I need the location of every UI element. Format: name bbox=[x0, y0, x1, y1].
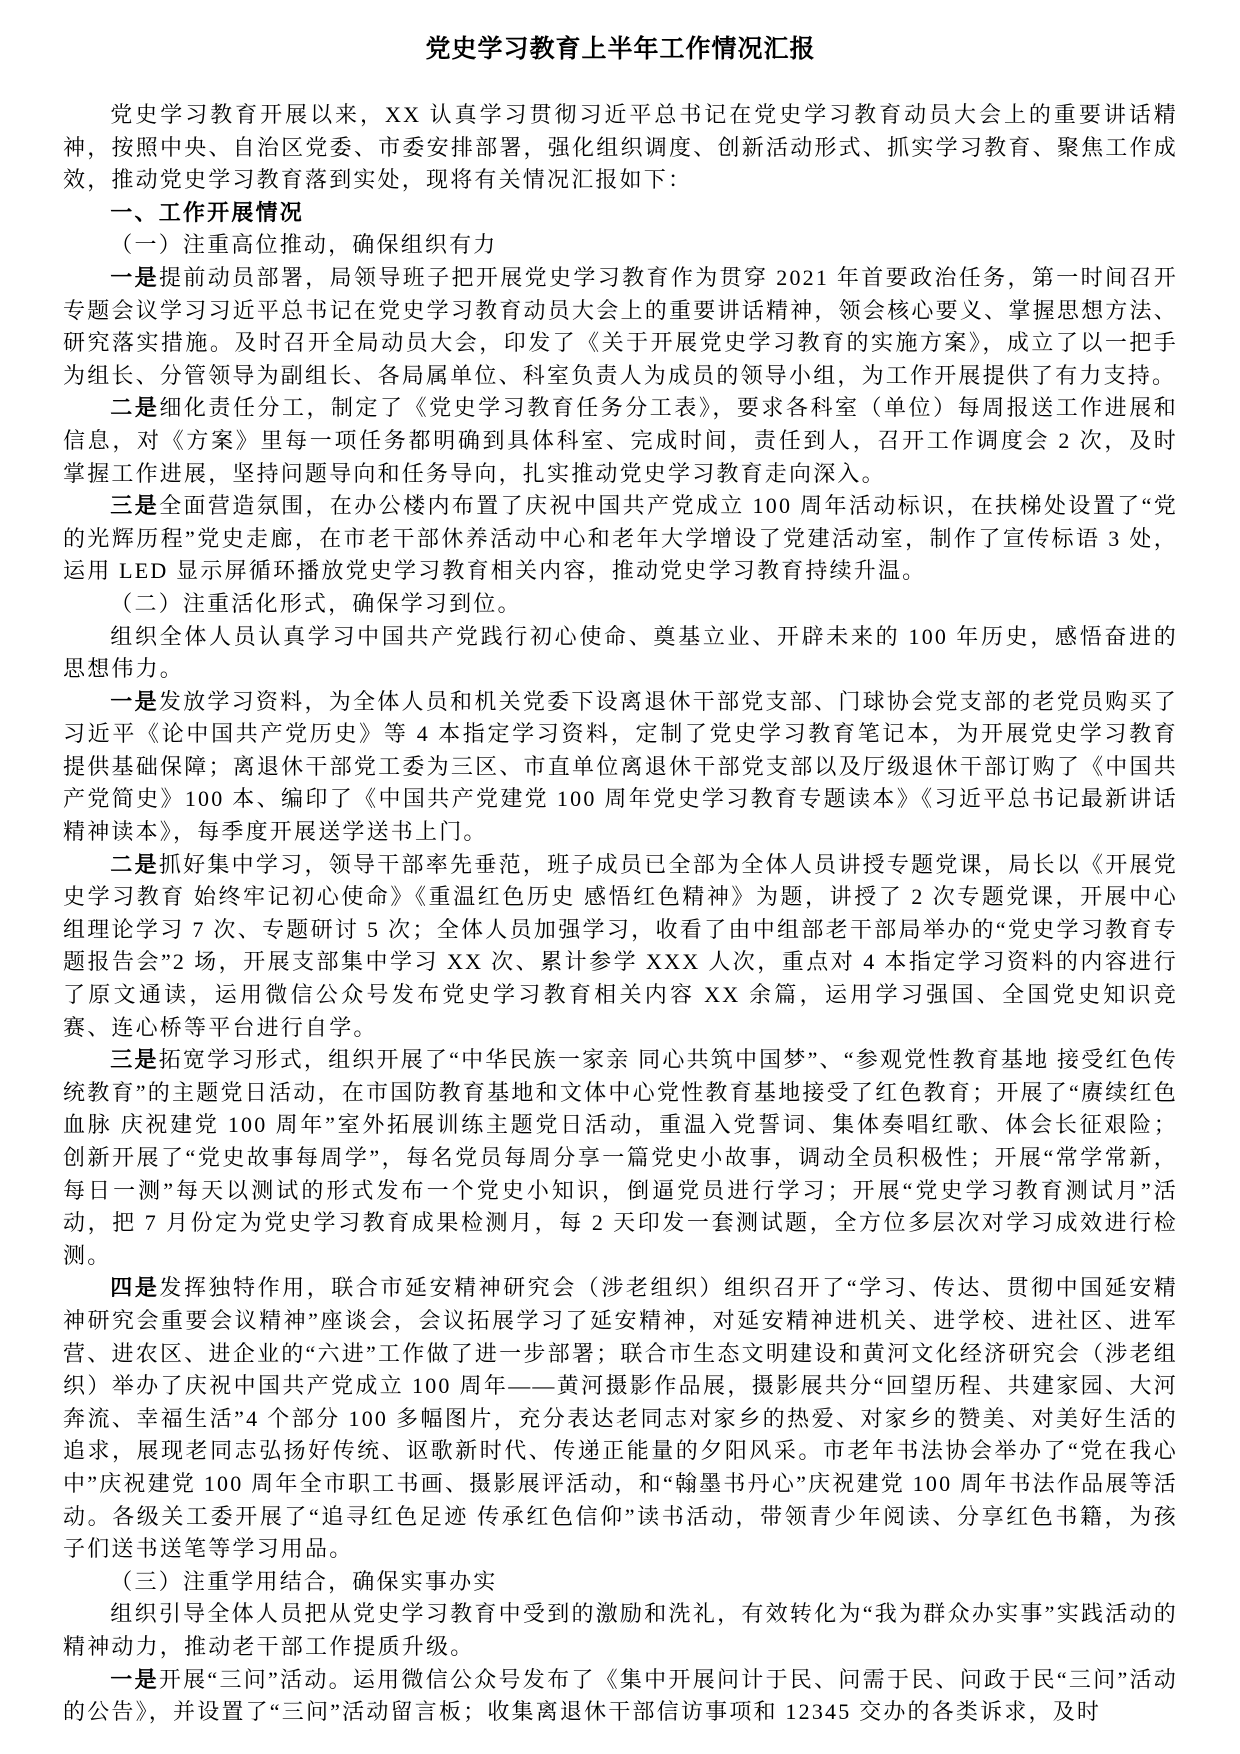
paragraph-lead: 一是 bbox=[110, 1667, 159, 1692]
section-heading: 一、工作开展情况 bbox=[63, 197, 1178, 230]
paragraph: 三是拓宽学习形式，组织开展了“中华民族一家亲 同心共筑中国梦”、“参观党性教育基… bbox=[63, 1044, 1178, 1272]
paragraph-text: （二）注重活化形式，确保学习到位。 bbox=[110, 591, 521, 616]
paragraph-text: 抓好集中学习，领导干部率先垂范，班子成员已全部为全体人员讲授专题党课，局长以《开… bbox=[63, 852, 1178, 1040]
sub-heading: （三）注重学用结合，确保实事办实 bbox=[63, 1566, 1178, 1599]
paragraph-text: 组织全体人员认真学习中国共产党践行初心使命、奠基立业、开辟未来的 100 年历史… bbox=[63, 624, 1178, 682]
paragraph-text: 发放学习资料，为全体人员和机关党委下设离退休干部党支部、门球协会党支部的老党员购… bbox=[63, 689, 1178, 844]
paragraph: 二是抓好集中学习，领导干部率先垂范，班子成员已全部为全体人员讲授专题党课，局长以… bbox=[63, 849, 1178, 1045]
paragraph-text: （三）注重学用结合，确保实事办实 bbox=[110, 1569, 497, 1594]
document-page: 党史学习教育上半年工作情况汇报 党史学习教育开展以来，XX 认真学习贯彻习近平总… bbox=[0, 0, 1240, 1754]
paragraph-text: 组织引导全体人员把从党史学习教育中受到的激励和洗礼，有效转化为“我为群众办实事”… bbox=[63, 1601, 1178, 1659]
paragraph: 一是发放学习资料，为全体人员和机关党委下设离退休干部党支部、门球协会党支部的老党… bbox=[63, 686, 1178, 849]
paragraph-text: 一、工作开展情况 bbox=[110, 200, 304, 225]
paragraph: 一是提前动员部署，局领导班子把开展党史学习教育作为贯穿 2021 年首要政治任务… bbox=[63, 262, 1178, 392]
paragraph: 组织引导全体人员把从党史学习教育中受到的激励和洗礼，有效转化为“我为群众办实事”… bbox=[63, 1598, 1178, 1663]
paragraph-lead: 二是 bbox=[110, 395, 159, 420]
paragraph-text: （一）注重高位推动，确保组织有力 bbox=[110, 232, 497, 257]
paragraph-text: 全面营造氛围，在办公楼内布置了庆祝中国共产党成立 100 周年活动标识，在扶梯处… bbox=[63, 493, 1178, 583]
paragraph: 组织全体人员认真学习中国共产党践行初心使命、奠基立业、开辟未来的 100 年历史… bbox=[63, 621, 1178, 686]
paragraph: 二是细化责任分工，制定了《党史学习教育任务分工表》，要求各科室（单位）每周报送工… bbox=[63, 392, 1178, 490]
paragraph-lead: 三是 bbox=[110, 493, 159, 518]
paragraph: 三是全面营造氛围，在办公楼内布置了庆祝中国共产党成立 100 周年活动标识，在扶… bbox=[63, 490, 1178, 588]
paragraph-lead: 二是 bbox=[110, 852, 159, 877]
paragraph-text: 发挥独特作用，联合市延安精神研究会（涉老组织）组织召开了“学习、传达、贯彻中国延… bbox=[63, 1275, 1178, 1561]
document-title: 党史学习教育上半年工作情况汇报 bbox=[63, 34, 1178, 66]
paragraph-text: 党史学习教育开展以来，XX 认真学习贯彻习近平总书记在党史学习教育动员大会上的重… bbox=[63, 102, 1178, 192]
paragraph-text: 提前动员部署，局领导班子把开展党史学习教育作为贯穿 2021 年首要政治任务，第… bbox=[63, 265, 1178, 388]
paragraph-lead: 一是 bbox=[110, 265, 159, 290]
paragraph-text: 开展“三问”活动。运用微信公众号发布了《集中开展问计于民、问需于民、问政于民“三… bbox=[63, 1667, 1178, 1725]
paragraph-lead: 三是 bbox=[110, 1047, 158, 1072]
paragraph-lead: 四是 bbox=[110, 1275, 159, 1300]
sub-heading: （一）注重高位推动，确保组织有力 bbox=[63, 229, 1178, 262]
paragraph: 四是发挥独特作用，联合市延安精神研究会（涉老组织）组织召开了“学习、传达、贯彻中… bbox=[63, 1272, 1178, 1565]
paragraph: 一是开展“三问”活动。运用微信公众号发布了《集中开展问计于民、问需于民、问政于民… bbox=[63, 1664, 1178, 1729]
paragraph-lead: 一是 bbox=[110, 689, 159, 714]
sub-heading: （二）注重活化形式，确保学习到位。 bbox=[63, 588, 1178, 621]
paragraph: 党史学习教育开展以来，XX 认真学习贯彻习近平总书记在党史学习教育动员大会上的重… bbox=[63, 99, 1178, 197]
paragraph-text: 拓宽学习形式，组织开展了“中华民族一家亲 同心共筑中国梦”、“参观党性教育基地 … bbox=[63, 1047, 1178, 1268]
document-body: 党史学习教育开展以来，XX 认真学习贯彻习近平总书记在党史学习教育动员大会上的重… bbox=[63, 99, 1178, 1729]
paragraph-text: 细化责任分工，制定了《党史学习教育任务分工表》，要求各科室（单位）每周报送工作进… bbox=[63, 395, 1178, 485]
